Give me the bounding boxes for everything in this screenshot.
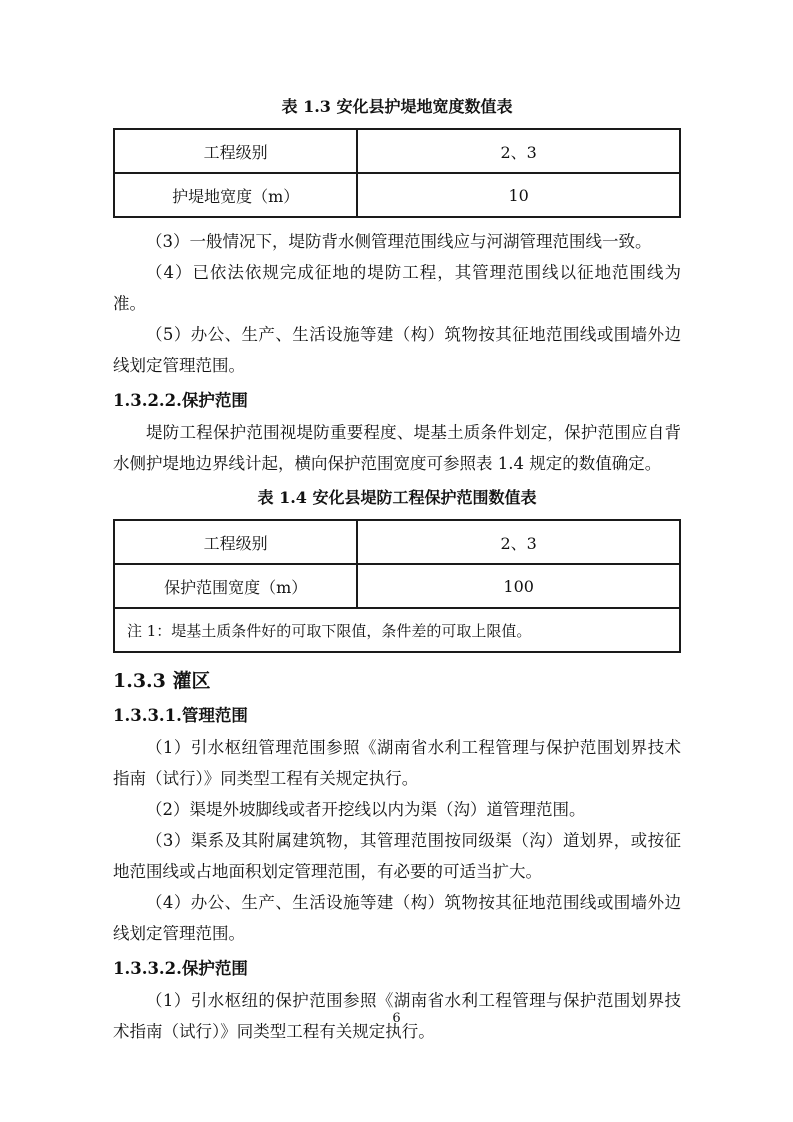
table-cell-value: 2、3 [357,129,680,173]
table-row: 保护范围宽度（m） 100 [114,564,680,608]
page-number: 6 [0,1011,793,1026]
heading-1-3-3-1: 1.3.3.1.管理范围 [113,705,681,727]
heading-1-3-2-2: 1.3.2.2.保护范围 [113,390,681,412]
paragraph: （5）办公、生产、生活设施等建（构）筑物按其征地范围线或围墙外边线划定管理范围。 [113,319,681,381]
table-cell-label: 护堤地宽度（m） [114,173,357,217]
paragraph: （2）渠堤外坡脚线或者开挖线以内为渠（沟）道管理范围。 [113,794,681,825]
table-cell-value: 100 [357,564,680,608]
table-cell-label: 保护范围宽度（m） [114,564,357,608]
table-1-3: 工程级别 2、3 护堤地宽度（m） 10 [113,128,681,218]
table-row: 工程级别 2、3 [114,129,680,173]
paragraph-group: （3）一般情况下，堤防背水侧管理范围线应与河湖管理范围线一致。 （4）已依法依规… [113,226,681,381]
table-note-row: 注 1：堤基土质条件好的可取下限值，条件差的可取上限值。 [114,608,680,652]
table-1-3-caption: 表 1.3 安化县护堤地宽度数值表 [113,97,681,117]
table-cell-label: 工程级别 [114,520,357,564]
table-cell-label: 工程级别 [114,129,357,173]
heading-1-3-3: 1.3.3 灌区 [113,668,681,694]
document-page: 表 1.3 安化县护堤地宽度数值表 工程级别 2、3 护堤地宽度（m） 10 （… [0,0,793,1122]
paragraph: 堤防工程保护范围视堤防重要程度、堤基土质条件划定，保护范围应自背水侧护堤地边界线… [113,417,681,479]
table-note: 注 1：堤基土质条件好的可取下限值，条件差的可取上限值。 [114,608,680,652]
heading-1-3-3-2: 1.3.3.2.保护范围 [113,958,681,980]
table-cell-value: 10 [357,173,680,217]
table-row: 工程级别 2、3 [114,520,680,564]
paragraph: （3）一般情况下，堤防背水侧管理范围线应与河湖管理范围线一致。 [113,226,681,257]
page-content: 表 1.3 安化县护堤地宽度数值表 工程级别 2、3 护堤地宽度（m） 10 （… [0,0,793,1047]
table-row: 护堤地宽度（m） 10 [114,173,680,217]
table-cell-value: 2、3 [357,520,680,564]
table-1-4-caption: 表 1.4 安化县堤防工程保护范围数值表 [113,488,681,508]
paragraph-group: （1）引水枢纽管理范围参照《湖南省水利工程管理与保护范围划界技术指南（试行）》同… [113,732,681,949]
paragraph: （4）已依法依规完成征地的堤防工程，其管理范围线以征地范围线为准。 [113,257,681,319]
table-1-4: 工程级别 2、3 保护范围宽度（m） 100 注 1：堤基土质条件好的可取下限值… [113,519,681,653]
paragraph: （3）渠系及其附属建筑物，其管理范围按同级渠（沟）道划界，或按征地范围线或占地面… [113,825,681,887]
paragraph: （1）引水枢纽管理范围参照《湖南省水利工程管理与保护范围划界技术指南（试行）》同… [113,732,681,794]
paragraph: （4）办公、生产、生活设施等建（构）筑物按其征地范围线或围墙外边线划定管理范围。 [113,887,681,949]
